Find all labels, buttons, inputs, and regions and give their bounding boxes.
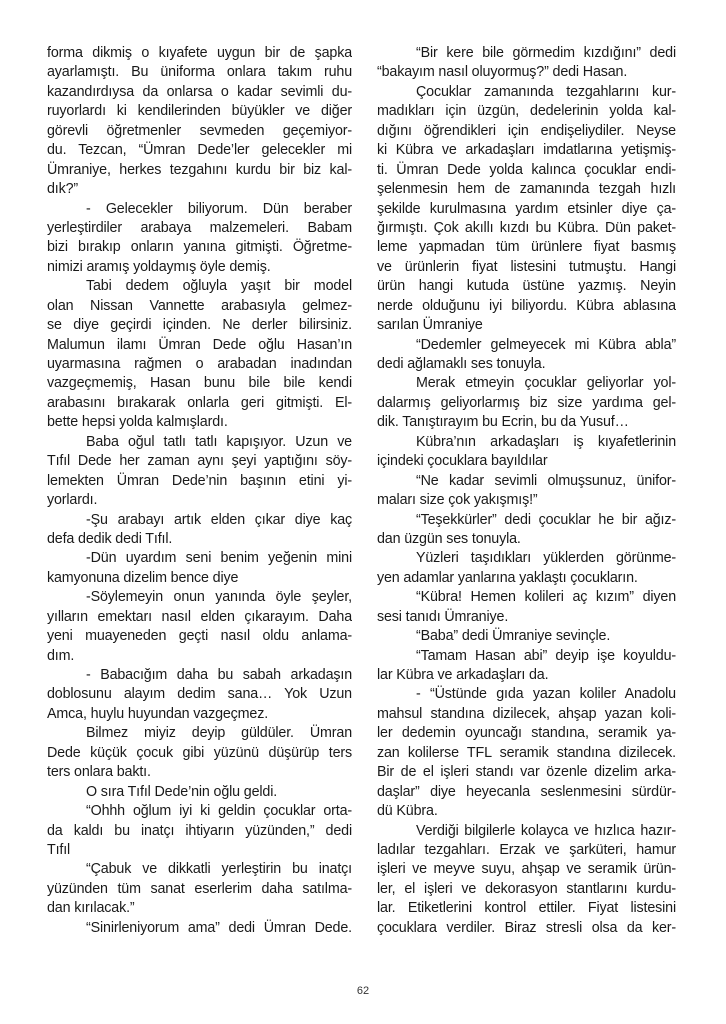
text-line: lar. Etiketlerini kontrol ettiler. Fiyat… xyxy=(377,899,676,918)
text-line: doblosunu alayım dedim sana… Yok Uzun xyxy=(47,685,352,704)
text-line: leme yapmadan tüm ürünlere fiyat basmış xyxy=(377,238,676,257)
page-number: 62 xyxy=(0,985,726,997)
text-line: ler dedemin oyuncağı standına, seramik y… xyxy=(377,724,676,743)
text-line: dığını öğrendikleri için endişeliydiler.… xyxy=(377,122,676,141)
text-line: “Bir kere bile görmedim kızdığını” dedi xyxy=(377,44,676,63)
text-line: madıkları için üzgün, dedelerinin yolda … xyxy=(377,102,676,121)
text-line: dık?” xyxy=(47,180,352,199)
text-line: yüzünden tüm sanat eserlerim daha satılm… xyxy=(47,880,352,899)
text-line: “Ne kadar sevimli olmuşsunuz, ünifor- xyxy=(377,472,676,491)
text-line: Verdiği bilgilerle kolayca ve hızlıca ha… xyxy=(377,822,676,841)
text-line: ler, el işleri ve dekorasyon stantlarını… xyxy=(377,880,676,899)
text-line: yeni muayeneden geçti nasıl oldu anlama- xyxy=(47,627,352,646)
text-line: lemekten Ümran Dede’nin başının etini yi… xyxy=(47,472,352,491)
text-line: se diye geçirdi içinden. Ne derler bilir… xyxy=(47,316,352,335)
text-line: Bilmez miyiz deyip güldüler. Ümran xyxy=(47,724,352,743)
text-line: dan kırılacak.” xyxy=(47,899,352,918)
text-line: dü Kübra. xyxy=(377,802,676,821)
text-line: Amca, huylu huyundan vazgeçmez. xyxy=(47,705,352,724)
text-line: “Ohhh oğlum iyi ki geldin çocuklar orta- xyxy=(47,802,352,821)
text-line: forma dikmiş o kıyafete uygun bir de şap… xyxy=(47,44,352,63)
text-line: Merak etmeyin çocuklar geliyorlar yol- xyxy=(377,374,676,393)
text-line: Bir de el işleri standı var özenle dizel… xyxy=(377,763,676,782)
text-line: bizi bırakıp onların yanına gitmişti. Öğ… xyxy=(47,238,352,257)
text-line: olan Nissan Vannette arabasıyla gelmez- xyxy=(47,297,352,316)
text-line: sesi tanıdı Ümraniye. xyxy=(377,608,676,627)
text-line: Ümraniye, herkes tezgahını kurdu bir biz… xyxy=(47,161,352,180)
text-line: dedi ağlamaklı ses tonuyla. xyxy=(377,355,676,374)
text-line: ki Kübra ve arkadaşları imdatlarına yeti… xyxy=(377,141,676,160)
text-line: kamyonuna dizelim bence diye xyxy=(47,569,352,588)
text-line: “Baba” dedi Ümraniye sevinçle. xyxy=(377,627,676,646)
text-line: ladılar tezgahları. Erzak ve şarküteri, … xyxy=(377,841,676,860)
text-line: Kübra’nın arkadaşları iş kıyafetlerinin xyxy=(377,433,676,452)
text-line: “Sinirleniyorum ama” dedi Ümran Dede. xyxy=(47,919,352,938)
text-line: lar Kübra ve arkadaşları da. xyxy=(377,666,676,685)
text-line: nerde olduğunu iyi biliyordu. Kübra abla… xyxy=(377,297,676,316)
text-line: “Tamam Hasan abi” deyip işe koyuldu- xyxy=(377,647,676,666)
text-line: arabasını bırakarak onlarla geri gitmişt… xyxy=(47,394,352,413)
text-line: du. Tezcan, “Ümran Dede’ler gelecekler m… xyxy=(47,141,352,160)
text-line: da kaldı bu inatçı ihtiyarın yüzünden,” … xyxy=(47,822,352,841)
text-line: - “Üstünde gıda yazan koliler Anadolu xyxy=(377,685,676,704)
text-line: ruyorlardı ki kendilerinden büyükler ve … xyxy=(47,102,352,121)
text-line: uyarmasına rağmen o arabadan inadından xyxy=(47,355,352,374)
text-line: “Teşekkürler” dedi çocuklar he bir ağız- xyxy=(377,511,676,530)
text-line: Malumun ilamı Ümran Dede oğlu Hasan’ın xyxy=(47,336,352,355)
text-line: işleri ve meyve suyu, ahşap ve seramik ü… xyxy=(377,860,676,879)
text-line: - Babacığım daha bu sabah arkadaşın xyxy=(47,666,352,685)
text-column-right: “Bir kere bile görmedim kızdığını” dedi“… xyxy=(377,44,676,938)
text-line: ti. Ümran Dede yolda kalınca çocuklar en… xyxy=(377,161,676,180)
text-line: zan kolilerse TFL seramik standına dizil… xyxy=(377,744,676,763)
text-line: görevli öğretmenler sevmeden geçemiyor- xyxy=(47,122,352,141)
text-line: çocuklara verdiler. Biraz stresli olsa d… xyxy=(377,919,676,938)
text-line: maları size çok yakışmış!” xyxy=(377,491,676,510)
text-line: kazandırdıysa da onlarsa o kadar sevimli… xyxy=(47,83,352,102)
text-line: şekilde kurulmasına yardım etsinler diye… xyxy=(377,200,676,219)
text-line: “Kübra! Hemen kolileri aç kızım” diyen xyxy=(377,588,676,607)
text-line: daşlar” diye heyecanla seslenmesini sürd… xyxy=(377,783,676,802)
text-line: mahsul standına dizilecek, ahşap yazan k… xyxy=(377,705,676,724)
text-line: dım. xyxy=(47,647,352,666)
text-line: vazgeçmemiş, Hasan bunu bile bile kendi xyxy=(47,374,352,393)
text-line: yorlardı. xyxy=(47,491,352,510)
text-column-left: forma dikmiş o kıyafete uygun bir de şap… xyxy=(47,44,352,938)
text-line: -Söylemeyin onun yanında öyle şeyler, xyxy=(47,588,352,607)
text-line: dan üzgün ses tonuyla. xyxy=(377,530,676,549)
text-line: ve ürünlerin fiyat listesini tutmuştu. H… xyxy=(377,258,676,277)
text-line: ayarlamıştı. Bu üniforma onlara takım ru… xyxy=(47,63,352,82)
text-line: ürün hangi kutuda üstüne yazmış. Neyin xyxy=(377,277,676,296)
text-line: dik. Tanıştırayım bu Ecrin, bu da Yusuf… xyxy=(377,413,676,432)
text-line: -Dün uyardım seni benim yeğenin mini xyxy=(47,549,352,568)
text-line: “Çabuk ve dikkatli yerleştirin bu inatçı xyxy=(47,860,352,879)
text-line: dalarmış geliyorlarmış biz size yardıma … xyxy=(377,394,676,413)
text-line: ğırmıştı. Çok akıllı kızdı bu Kübra. Dün… xyxy=(377,219,676,238)
text-line: Tıfıl Dede her zaman aynı şeyi yaptığını… xyxy=(47,452,352,471)
text-line: içindeki çocuklara bayıldılar xyxy=(377,452,676,471)
text-line: yen adamlar yanlarına yaklaştı çocukları… xyxy=(377,569,676,588)
text-line: yılların emektarı nasıl elden çıkarayım.… xyxy=(47,608,352,627)
text-line: ters onlara baktı. xyxy=(47,763,352,782)
text-line: O sıra Tıfıl Dede’nin oğlu geldi. xyxy=(47,783,352,802)
text-line: Baba oğul tatlı tatlı kapışıyor. Uzun ve xyxy=(47,433,352,452)
text-line: Tıfıl xyxy=(47,841,352,860)
text-line: şelenmesin hem de zamanında tezgah hızlı xyxy=(377,180,676,199)
text-line: -Şu arabayı artık elden çıkar diye kaç xyxy=(47,511,352,530)
text-line: nimizi aramış yoldaymış öyle demiş. xyxy=(47,258,352,277)
text-line: yerleştirdiler arabaya malzemeleri. Baba… xyxy=(47,219,352,238)
text-line: “Dedemler gelmeyecek mi Kübra abla” xyxy=(377,336,676,355)
text-line: Yüzleri taşıdıkları yüklerden görünme- xyxy=(377,549,676,568)
text-line: “bakayım nasıl oluyormuş?” dedi Hasan. xyxy=(377,63,676,82)
text-line: Çocuklar zamanında tezgahlarını kur- xyxy=(377,83,676,102)
text-line: defa dedik dedi Tıfıl. xyxy=(47,530,352,549)
text-line: Tabi dedem oğluyla yaşıt bir model xyxy=(47,277,352,296)
text-line: sarılan Ümraniye xyxy=(377,316,676,335)
text-line: bette hepsi yolda kalmışlardı. xyxy=(47,413,352,432)
text-line: - Gelecekler biliyorum. Dün beraber xyxy=(47,200,352,219)
text-line: Dede küçük çocuk gibi yüzünü düşürüp ter… xyxy=(47,744,352,763)
